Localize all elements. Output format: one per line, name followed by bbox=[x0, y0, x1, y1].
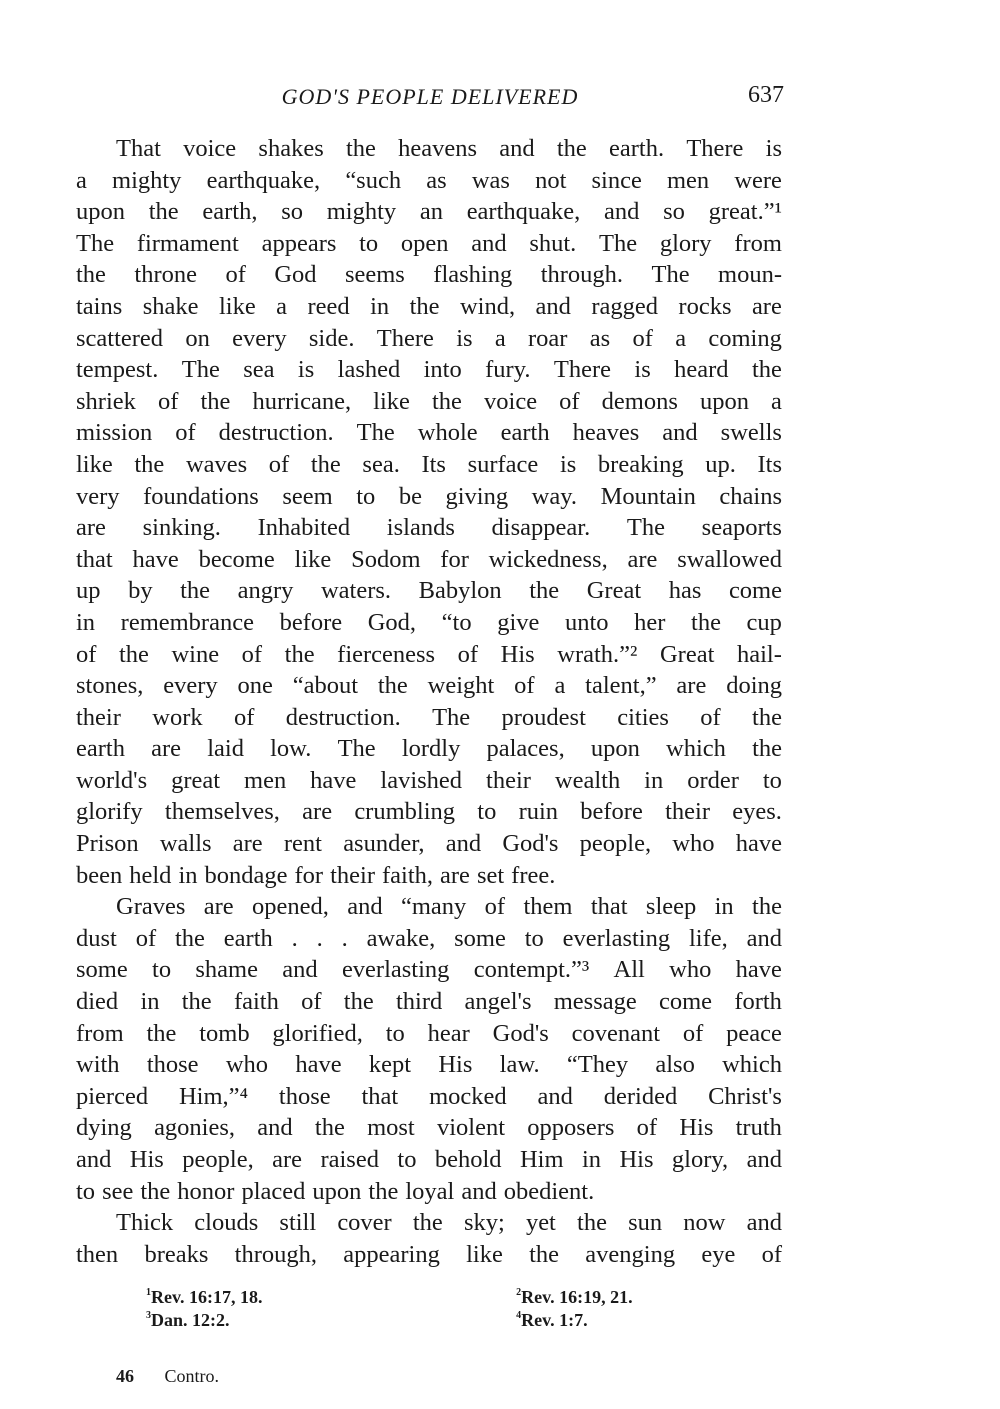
page-number: 637 bbox=[748, 82, 784, 109]
signature-number: 46 bbox=[116, 1366, 134, 1386]
text-line: sometoshameandeverlastingcontempt.”³Allw… bbox=[76, 954, 782, 986]
text-line: amightyearthquake,“suchaswasnotsincemenw… bbox=[76, 165, 782, 197]
footnote-ref: Dan. 12:2. bbox=[151, 1310, 230, 1330]
text-line: beenheldinbondagefortheirfaith,aresetfre… bbox=[76, 860, 782, 892]
text-line: scatteredoneveryside.Thereisaroarasofaco… bbox=[76, 323, 782, 355]
text-line: Thickcloudsstillcoverthesky;yetthesunnow… bbox=[76, 1207, 782, 1239]
text-line: diedinthefaithofthethirdangel'smessageco… bbox=[76, 986, 782, 1018]
footnotes: 1Rev. 16:17, 18. 2Rev. 16:19, 21. 3Dan. … bbox=[146, 1286, 706, 1332]
footnote-1: 1Rev. 16:17, 18. bbox=[146, 1286, 516, 1309]
text-line: upontheearth,somightyanearthquake,andsog… bbox=[76, 196, 782, 228]
text-line: tainsshakelikeareedinthewind,andraggedro… bbox=[76, 291, 782, 323]
footnote-ref: Rev. 1:7. bbox=[521, 1310, 588, 1330]
text-line: fromthetombglorified,tohearGod'scovenant… bbox=[76, 1018, 782, 1050]
footnote-2: 2Rev. 16:19, 21. bbox=[516, 1286, 706, 1309]
text-line: andHispeople,areraisedtobeholdHiminHisgl… bbox=[76, 1144, 782, 1176]
footnote-row: 3Dan. 12:2. 4Rev. 1:7. bbox=[146, 1309, 706, 1332]
signature-label: Contro. bbox=[165, 1366, 220, 1386]
book-page: GOD'S PEOPLE DELIVERED 637 Thatvoiceshak… bbox=[0, 0, 1000, 1409]
text-line: thethroneofGodseemsflashingthrough.Themo… bbox=[76, 259, 782, 291]
text-line: dyingagonies,andthemostviolentopposersof… bbox=[76, 1112, 782, 1144]
body-text: Thatvoiceshakestheheavensandtheearth.The… bbox=[76, 133, 782, 1270]
footnote-3: 3Dan. 12:2. bbox=[146, 1309, 516, 1332]
text-line: missionofdestruction.Thewholeearthheaves… bbox=[76, 417, 782, 449]
text-line: ofthewineofthefiercenessofHiswrath.”²Gre… bbox=[76, 639, 782, 671]
running-head: GOD'S PEOPLE DELIVERED 637 bbox=[76, 82, 784, 114]
signature-mark: 46 Contro. bbox=[116, 1366, 219, 1387]
text-line: thathavebecomelikeSodomforwickedness,are… bbox=[76, 544, 782, 576]
text-line: veryfoundationsseemtobegivingway.Mountai… bbox=[76, 481, 782, 513]
text-line: Thatvoiceshakestheheavensandtheearth.The… bbox=[76, 133, 782, 165]
text-line: glorifythemselves,arecrumblingtoruinbefo… bbox=[76, 796, 782, 828]
text-line: Prisonwallsarerentasunder,andGod'speople… bbox=[76, 828, 782, 860]
text-line: upbytheangrywaters.BabylontheGreathascom… bbox=[76, 575, 782, 607]
text-line: theirworkofdestruction.Theproudestcities… bbox=[76, 702, 782, 734]
text-line: aresinking.Inhabitedislandsdisappear.The… bbox=[76, 512, 782, 544]
footnote-row: 1Rev. 16:17, 18. 2Rev. 16:19, 21. bbox=[146, 1286, 706, 1309]
text-line: withthosewhohavekeptHislaw.“Theyalsowhic… bbox=[76, 1049, 782, 1081]
footnote-ref: Rev. 16:17, 18. bbox=[151, 1287, 263, 1307]
text-line: world'sgreatmenhavelavishedtheirwealthin… bbox=[76, 765, 782, 797]
text-line: toseethehonorplacedupontheloyalandobedie… bbox=[76, 1176, 782, 1208]
text-line: stones,everyone“abouttheweightofatalent,… bbox=[76, 670, 782, 702]
footnote-ref: Rev. 16:19, 21. bbox=[521, 1287, 633, 1307]
text-line: piercedHim,”⁴thosethatmockedandderidedCh… bbox=[76, 1081, 782, 1113]
running-title: GOD'S PEOPLE DELIVERED bbox=[76, 84, 784, 110]
text-line: eartharelaidlow.Thelordlypalaces,uponwhi… bbox=[76, 733, 782, 765]
footnote-4: 4Rev. 1:7. bbox=[516, 1309, 706, 1332]
text-line: shriekofthehurricane,likethevoiceofdemon… bbox=[76, 386, 782, 418]
text-line: likethewavesofthesea.Itssurfaceisbreakin… bbox=[76, 449, 782, 481]
text-line: Thefirmamentappearstoopenandshut.Theglor… bbox=[76, 228, 782, 260]
text-line: inremembrancebeforeGod,“togiveuntoherthe… bbox=[76, 607, 782, 639]
text-line: dustoftheearth...awake,sometoeverlasting… bbox=[76, 923, 782, 955]
text-line: thenbreaksthrough,appearingliketheavengi… bbox=[76, 1239, 782, 1271]
text-line: tempest.Theseaislashedintofury.Thereishe… bbox=[76, 354, 782, 386]
text-line: Gravesareopened,and“manyofthemthatsleepi… bbox=[76, 891, 782, 923]
